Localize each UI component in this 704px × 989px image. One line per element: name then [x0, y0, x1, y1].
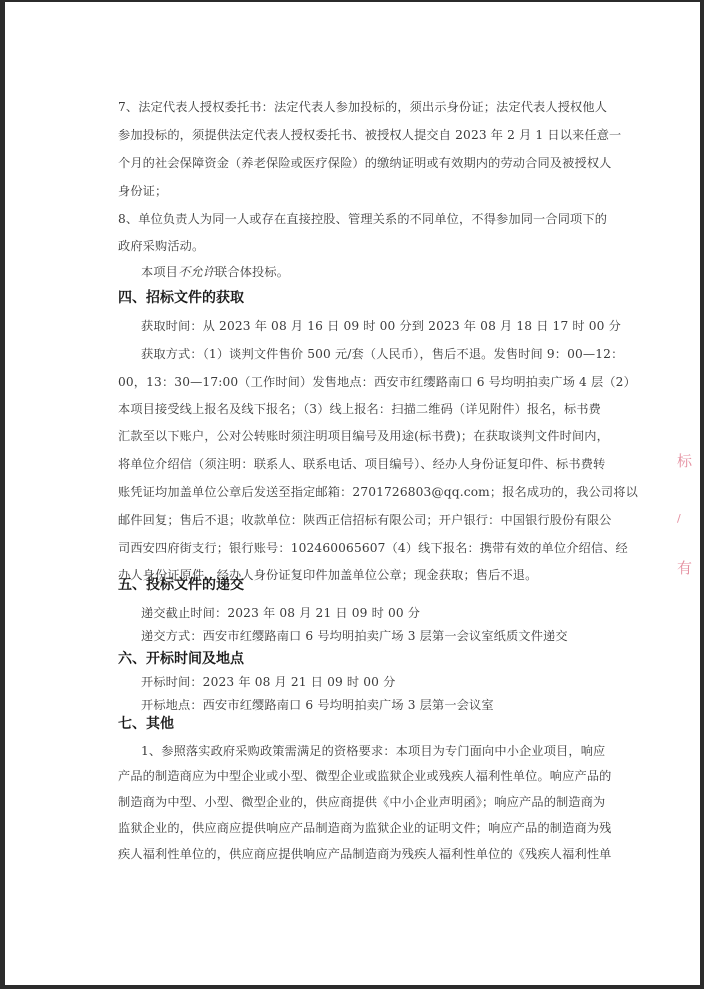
item7-line-4: 身份证；: [118, 183, 588, 199]
consortium-suffix: 联合体投标。: [215, 265, 289, 279]
section4-method-line-2: 00，13：30—17:00（工作时间）发售地点：西安市红缨路南口 6 号均明拍…: [118, 374, 588, 390]
section5-heading: 五、投标文件的递交: [118, 576, 244, 594]
seal-mark-1: 标: [677, 450, 697, 471]
seal-mark-3: 有: [677, 557, 697, 578]
section7-item1-line-4: 监狱企业的，供应商应提供响应产品制造商为监狱企业的证明文件；响应产品的制造商为残: [118, 820, 588, 836]
section5-method: 递交方式：西安市红缨路南口 6 号均明拍卖广场 3 层第一会议室纸质文件递交: [141, 628, 588, 644]
item7-line-2: 参加投标的，须提供法定代表人授权委托书、被授权人提交自 2023 年 2 月 1…: [118, 127, 588, 143]
consortium-note: 本项目不允许联合体投标。: [141, 264, 588, 280]
consortium-prefix: 本项目: [141, 265, 178, 279]
item7-line-1: 7、法定代表人授权委托书：法定代表人参加投标的，须出示身份证；法定代表人授权他人: [118, 99, 588, 115]
section7-item1-line-2: 产品的制造商应为中型企业或小型、微型企业或监狱企业或残疾人福利性单位。响应产品的: [118, 768, 588, 784]
document-page: 7、法定代表人授权委托书：法定代表人参加投标的，须出示身份证；法定代表人授权他人…: [5, 2, 700, 985]
section4-method-line-5: 将单位介绍信（须注明：联系人、联系电话、项目编号）、经办人身份证复印件、标书费转: [118, 456, 588, 472]
section6-heading: 六、开标时间及地点: [118, 650, 244, 668]
consortium-italic: 不允许: [178, 265, 215, 279]
section4-method-line-4: 汇款至以下账户，公对公转账时须注明项目编号及用途(标书费)；在获取谈判文件时间内…: [118, 428, 588, 444]
section5-deadline: 递交截止时间：2023 年 08 月 21 日 09 时 00 分: [141, 605, 588, 621]
section7-item1-line-3: 制造商为中型、小型、微型企业的，供应商提供《中小企业声明函》；响应产品的制造商为: [118, 794, 588, 810]
seal-mark-2: /: [677, 512, 697, 525]
section7-item1-line-1: 1、参照落实政府采购政策需满足的资格要求：本项目为专门面向中小企业项目，响应: [141, 743, 588, 759]
section7-item1-line-5: 疾人福利性单位的，供应商应提供响应产品制造商为残疾人福利性单位的《残疾人福利性单: [118, 846, 588, 862]
item8-line-2: 政府采购活动。: [118, 238, 588, 254]
section4-time: 获取时间：从 2023 年 08 月 16 日 09 时 00 分到 2023 …: [141, 318, 588, 334]
section4-method-line-1: 获取方式：（1）谈判文件售价 500 元/套（人民币），售后不退。发售时间 9：…: [141, 346, 588, 362]
section7-heading: 七、其他: [118, 715, 174, 733]
section4-method-line-6: 账凭证均加盖单位公章后发送至指定邮箱：2701726803@qq.com；报名成…: [118, 484, 588, 500]
item8-line-1: 8、单位负责人为同一人或存在直接控股、管理关系的不同单位，不得参加同一合同项下的: [118, 211, 588, 227]
section4-method-line-7: 邮件回复；售后不退；收款单位：陕西正信招标有限公司；开户银行：中国银行股份有限公: [118, 512, 588, 528]
section4-heading: 四、招标文件的获取: [118, 289, 244, 307]
section6-place: 开标地点：西安市红缨路南口 6 号均明拍卖广场 3 层第一会议室: [141, 697, 588, 713]
section4-method-line-8: 司西安四府街支行；银行账号：102460065607（4）线下报名：携带有效的单…: [118, 540, 588, 556]
item7-line-3: 个月的社会保障资金（养老保险或医疗保险）的缴纳证明或有效期内的劳动合同及被授权人: [118, 155, 588, 171]
section4-method-line-3: 本项目接受线上报名及线下报名；（3）线上报名：扫描二维码（详见附件）报名，标书费: [118, 401, 588, 417]
section6-time: 开标时间：2023 年 08 月 21 日 09 时 00 分: [141, 674, 588, 690]
